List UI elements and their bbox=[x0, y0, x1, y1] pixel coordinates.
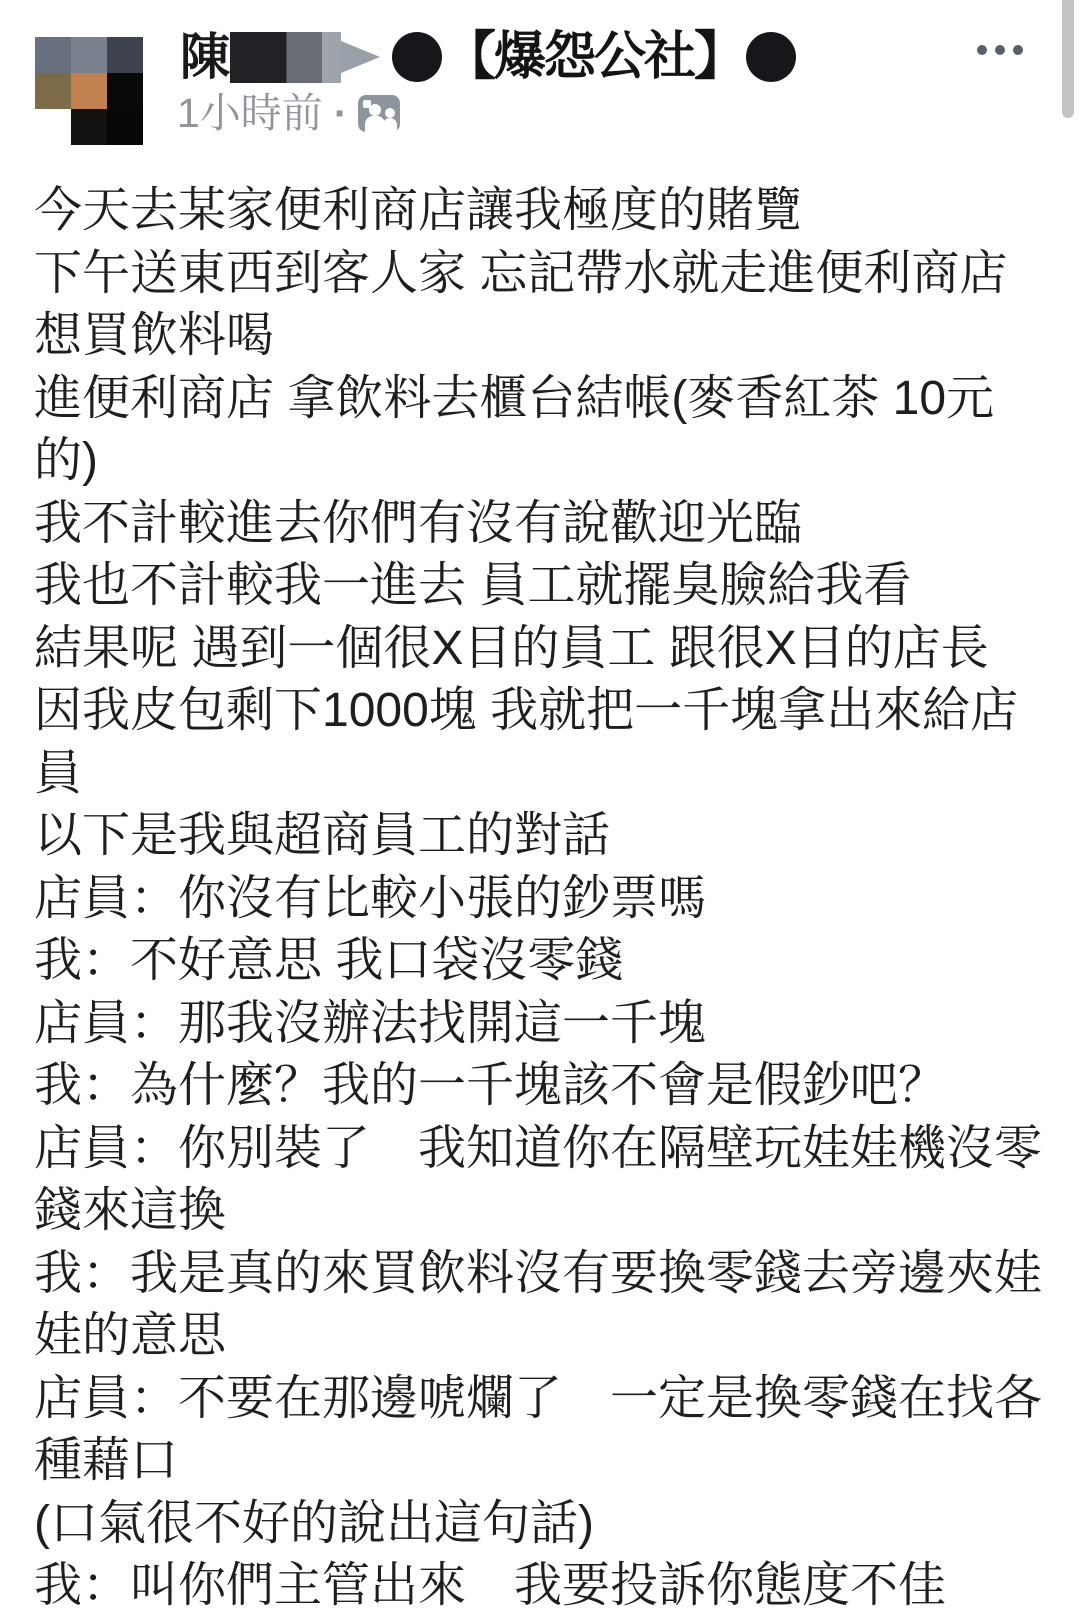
scrollbar-thumb[interactable] bbox=[1062, 0, 1074, 118]
post-text-line: 店員：不要在那邊唬爛了 一定是換零錢在找各 bbox=[34, 1368, 1054, 1431]
post-text-line: 進便利商店 拿飲料去櫃台結帳(麥香紅茶 10元 bbox=[34, 368, 1054, 431]
post-text-line: 的) bbox=[34, 430, 1054, 493]
more-options-button[interactable] bbox=[963, 30, 1037, 70]
group-name-dot-left: ● bbox=[392, 32, 442, 82]
post-text-line: 我：不好意思 我口袋沒零錢 bbox=[34, 930, 1054, 993]
post-text-line: 我也不計較我一進去 員工就擺臭臉給我看 bbox=[34, 555, 1054, 618]
ellipsis-dot bbox=[977, 45, 987, 55]
post-text-line: 我不計較進去你們有沒有說歡迎光臨 bbox=[34, 493, 1054, 556]
group-name-link[interactable]: ● 【爆怨公社】 ● bbox=[392, 31, 796, 83]
post-text-line: 種藉口 bbox=[34, 1430, 1054, 1493]
avatar-pixel bbox=[107, 73, 143, 109]
author-name[interactable]: 陳 bbox=[180, 32, 230, 82]
group-name-dot-right: ● bbox=[746, 32, 796, 82]
post-text-line: (口氣很不好的說出這句話) bbox=[34, 1493, 1054, 1556]
post-meta-row: 1小時前 · bbox=[177, 92, 400, 134]
avatar-pixel bbox=[71, 109, 107, 145]
post-text-line: 店員：你別裝了 我知道你在隔壁玩娃娃機沒零 bbox=[34, 1118, 1054, 1181]
post-text-line: 想買飲料喝 bbox=[34, 305, 1054, 368]
post-text-line: 錢來這換 bbox=[34, 1180, 1054, 1243]
avatar-pixel bbox=[35, 109, 71, 145]
avatar-pixel bbox=[107, 37, 143, 73]
post-text-line: 店員：那我沒辦法找開這一千塊 bbox=[34, 993, 1054, 1056]
post-text-line: 娃的意思 bbox=[34, 1305, 1054, 1368]
group-name-label: 【爆怨公社】 bbox=[444, 31, 744, 83]
name-redaction-bar bbox=[230, 32, 341, 83]
ellipsis-dot bbox=[1013, 45, 1023, 55]
post-text-line: 我：叫你們主管出來 我要投訴你態度不佳 bbox=[34, 1555, 1054, 1610]
group-privacy-icon bbox=[358, 95, 400, 132]
avatar-pixel bbox=[35, 37, 71, 73]
post-text-line: 店員：你沒有比較小張的鈔票嗎 bbox=[34, 868, 1054, 931]
avatar-pixel bbox=[71, 73, 107, 109]
avatar[interactable] bbox=[35, 37, 143, 145]
post-text-line: 我：為什麼？我的一千塊該不會是假鈔吧？ bbox=[34, 1055, 1054, 1118]
timestamp[interactable]: 1小時前 bbox=[177, 93, 323, 134]
post-text-line: 我：我是真的來買飲料沒有要換零錢去旁邊夾娃 bbox=[34, 1243, 1054, 1306]
post-header-name-row: 陳 ● 【爆怨公社】 ● bbox=[180, 27, 796, 87]
avatar-pixel bbox=[107, 109, 143, 145]
avatar-pixel bbox=[35, 73, 71, 109]
ellipsis-dot bbox=[995, 45, 1005, 55]
shared-to-arrow-icon bbox=[341, 41, 380, 73]
post-text: 今天去某家便利商店讓我極度的賭覽下午送東西到客人家 忘記帶水就走進便利商店想買飲… bbox=[34, 180, 1054, 1610]
post-text-line: 今天去某家便利商店讓我極度的賭覽 bbox=[34, 180, 1054, 243]
post-text-line: 下午送東西到客人家 忘記帶水就走進便利商店 bbox=[34, 243, 1054, 306]
avatar-pixel bbox=[71, 37, 107, 73]
post-text-line: 以下是我與超商員工的對話 bbox=[34, 805, 1054, 868]
meta-separator: · bbox=[334, 93, 348, 134]
post-text-line: 員 bbox=[34, 743, 1054, 806]
post-text-line: 結果呢 遇到一個很X目的員工 跟很X目的店長 bbox=[34, 618, 1054, 681]
post-text-line: 因我皮包剩下1000塊 我就把一千塊拿出來給店 bbox=[34, 680, 1054, 743]
